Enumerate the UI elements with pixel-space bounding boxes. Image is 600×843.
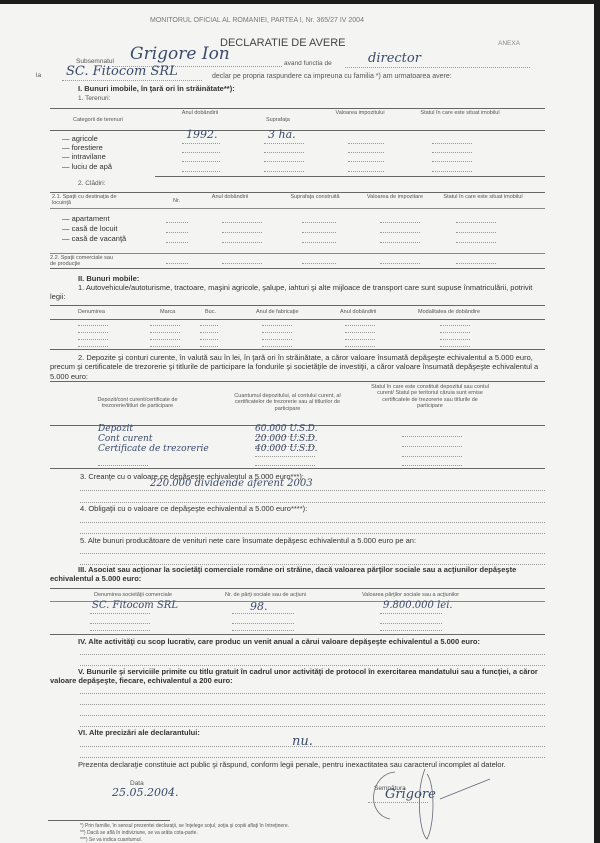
vehicle-cell[interactable] xyxy=(150,332,180,333)
commercial-cell[interactable] xyxy=(380,263,420,264)
function-label: avand functia de xyxy=(284,60,332,67)
building-cell[interactable] xyxy=(456,232,496,233)
land-state-cell[interactable] xyxy=(432,171,472,172)
deposit-amount-value[interactable]: 60.000 U.S.D. xyxy=(255,424,317,434)
other-income-text: 5. Alte bunuri producătoare de venituri … xyxy=(80,536,416,545)
land-year-cell[interactable] xyxy=(182,161,220,162)
vehicles-header-cell: Anul dobândirii xyxy=(340,309,376,315)
building-type-label: — apartament xyxy=(62,214,110,223)
section6-line-2 xyxy=(80,757,545,758)
at-label: la xyxy=(36,72,41,79)
footnote-1: *) Prin familie, în sensul prezentei dec… xyxy=(80,823,289,830)
vehicle-cell[interactable] xyxy=(150,346,180,347)
land-header-category: Categorii de terenuri xyxy=(73,117,123,123)
function-line xyxy=(345,67,530,68)
land-area-cell[interactable] xyxy=(264,161,304,162)
share-cell[interactable] xyxy=(380,613,442,614)
vehicle-cell[interactable] xyxy=(200,332,218,333)
claims-line-2 xyxy=(80,502,545,503)
section4-line-1 xyxy=(80,654,545,655)
other-income-line-1 xyxy=(80,553,545,554)
land-table-top xyxy=(50,108,545,109)
section5-title: V. Bunurile şi serviciile primite cu tit… xyxy=(50,667,544,686)
section4-title: IV. Alte activităţi cu scop lucrativ, ca… xyxy=(50,637,544,646)
share-cell[interactable] xyxy=(90,623,150,624)
buildings-header-rule xyxy=(50,208,545,209)
section2-title: II. Bunuri mobile: xyxy=(78,274,139,283)
land-tax-cell[interactable] xyxy=(348,171,384,172)
deposit-amount-cell[interactable] xyxy=(255,456,315,457)
land-area-value[interactable]: 3 ha. xyxy=(268,128,296,141)
buildings-table-bottom xyxy=(50,268,545,269)
obligations-line-2 xyxy=(80,533,545,534)
deposit-state-cell[interactable] xyxy=(402,456,462,457)
building-cell[interactable] xyxy=(166,232,188,233)
building-cell[interactable] xyxy=(302,232,336,233)
buildings-header-dwelling: 2.1. Spaţii cu destinaţia de locuinţă xyxy=(52,194,122,207)
building-cell[interactable] xyxy=(380,232,420,233)
deposits-table-top xyxy=(50,381,545,382)
buildings-header-year: Anul dobândirii xyxy=(210,194,250,200)
footnotes: *) Prin familie, în sensul prezentei dec… xyxy=(80,823,289,843)
share-cell[interactable] xyxy=(232,623,294,624)
vehicles-header-rule xyxy=(50,319,545,320)
deposit-state-cell[interactable] xyxy=(402,436,462,437)
vehicle-cell[interactable] xyxy=(262,325,292,326)
building-cell[interactable] xyxy=(166,242,188,243)
vehicles-header-cell: Marca xyxy=(160,309,175,315)
buildings-title: 2. Clădiri: xyxy=(78,180,105,187)
footnote-2: **) Dacă se află în indiviziune, se va a… xyxy=(80,830,289,837)
section3-title: III. Asociat sau acţionar la societăţi c… xyxy=(50,565,544,584)
obligations-line-1 xyxy=(80,522,545,523)
shares-header-value: Valoarea părţilor sociale sau a acţiunil… xyxy=(362,592,459,598)
building-cell[interactable] xyxy=(456,222,496,223)
land-tax-cell[interactable] xyxy=(348,152,384,153)
deposit-state-cell[interactable] xyxy=(402,465,462,466)
land-category-label: — luciu de apă xyxy=(62,162,112,171)
building-cell[interactable] xyxy=(166,222,188,223)
share-count-value[interactable]: 98. xyxy=(250,600,268,613)
land-title: 1. Terenuri: xyxy=(78,95,110,102)
buildings-table-top xyxy=(50,192,545,193)
section6-field[interactable]: nu. xyxy=(292,734,313,749)
building-type-label: — casă de vacanţă xyxy=(62,234,126,243)
building-cell[interactable] xyxy=(222,232,262,233)
building-cell[interactable] xyxy=(380,222,420,223)
shares-header-company: Denumirea societăţii comerciale xyxy=(94,592,172,598)
deposit-type-value[interactable]: Certificate de trezorerie xyxy=(98,444,209,454)
vehicle-cell[interactable] xyxy=(262,339,292,340)
buildings-header-nr: Nr. xyxy=(173,198,180,204)
shares-table-bottom xyxy=(50,634,545,635)
vehicle-cell[interactable] xyxy=(345,339,375,340)
deposits-header-state: Statul în care este constituit depozitul… xyxy=(370,384,490,409)
land-area-cell[interactable] xyxy=(264,143,304,144)
section6-title: VI. Alte precizări ale declarantului: xyxy=(78,728,200,737)
land-state-cell[interactable] xyxy=(432,161,472,162)
building-type-label: — casă de locuit xyxy=(62,224,117,233)
annex-label: ANEXA xyxy=(498,40,520,47)
vehicle-cell[interactable] xyxy=(262,346,292,347)
commercial-spaces-label: 2.2. Spaţii comerciale sau de producţie xyxy=(50,255,120,268)
land-header-rule xyxy=(50,130,545,131)
share-cell[interactable] xyxy=(380,630,442,631)
deposit-amount-value[interactable]: 20.000 U.S.D. xyxy=(255,434,317,444)
commercial-cell[interactable] xyxy=(222,263,262,264)
vehicles-header-cell: Buc. xyxy=(205,309,216,315)
share-cell[interactable] xyxy=(90,613,150,614)
vehicle-cell[interactable] xyxy=(440,346,470,347)
land-year-cell[interactable] xyxy=(182,152,220,153)
vehicle-cell[interactable] xyxy=(200,325,218,326)
claims-field[interactable]: 220.000 dividende aferent 2003 xyxy=(150,478,313,489)
land-category-label: — forestiere xyxy=(62,143,103,152)
commercial-cell[interactable] xyxy=(302,263,336,264)
deposit-type-value[interactable]: Cont curent xyxy=(98,434,152,444)
vehicle-cell[interactable] xyxy=(440,332,470,333)
obligations-text: 4. Obligaţii cu o valoare ce depăşeşte e… xyxy=(80,504,307,513)
building-cell[interactable] xyxy=(302,222,336,223)
footnote-rule xyxy=(48,820,170,821)
deposit-amount-cell[interactable] xyxy=(255,465,315,466)
section5-line-1 xyxy=(80,693,545,694)
buildings-header-state: Statul în care este situat imobilul xyxy=(438,194,528,200)
name-field[interactable]: Grigore Ion xyxy=(130,44,230,64)
land-header-area: Suprafaţa xyxy=(266,117,290,123)
buildings-header-area: Suprafaţa construită xyxy=(290,194,340,200)
deposit-type-value[interactable]: Depozit xyxy=(98,424,133,434)
share-cell[interactable] xyxy=(232,630,294,631)
land-area-cell[interactable] xyxy=(264,152,304,153)
date-field[interactable]: 25.05.2004. xyxy=(112,786,178,799)
land-category-label: — intravilane xyxy=(62,152,106,161)
vehicle-cell[interactable] xyxy=(345,332,375,333)
institution-line xyxy=(62,80,202,81)
buildings-divider xyxy=(50,253,545,254)
vehicle-cell[interactable] xyxy=(345,346,375,347)
vehicles-header-cell: Modalitatea de dobândire xyxy=(418,309,480,315)
share-cell[interactable] xyxy=(232,613,294,614)
section5-line-2 xyxy=(80,704,545,705)
shares-header-count: Nr. de părţi sociale sau de acţiuni xyxy=(225,592,306,598)
deposits-text: 2. Depozite şi conturi curente, în valut… xyxy=(50,353,544,381)
vehicles-text: 1. Autovehicule/autoturisme, tractoare, … xyxy=(50,283,544,302)
land-table-bottom xyxy=(155,176,545,177)
land-tax-cell[interactable] xyxy=(348,143,384,144)
land-year-value[interactable]: 1992. xyxy=(186,128,218,141)
vehicle-cell[interactable] xyxy=(78,325,108,326)
share-cell[interactable] xyxy=(380,623,442,624)
commercial-cell[interactable] xyxy=(456,263,496,264)
deposit-state-cell[interactable] xyxy=(402,446,462,447)
building-cell[interactable] xyxy=(380,242,420,243)
vehicle-cell[interactable] xyxy=(78,332,108,333)
declaration-page: MONITORUL OFICIAL AL ROMANIEI, PARTEA I,… xyxy=(0,4,594,843)
land-state-cell[interactable] xyxy=(432,143,472,144)
section5-line-3 xyxy=(80,715,545,716)
gazette-header: MONITORUL OFICIAL AL ROMANIEI, PARTEA I,… xyxy=(150,17,364,24)
land-header-tax: Valoarea impozitului xyxy=(330,110,390,116)
document-title: DECLARATIE DE AVERE xyxy=(220,37,346,49)
section5-line-4 xyxy=(80,726,545,727)
footnote-3: ***) Se va indica cuantumul. xyxy=(80,837,289,843)
land-state-cell[interactable] xyxy=(432,152,472,153)
buildings-header-tax: Valoarea de impozitare xyxy=(365,194,425,200)
vehicles-table-top xyxy=(50,305,545,306)
vehicle-cell[interactable] xyxy=(345,325,375,326)
institution-field[interactable]: SC. Fitocom SRL xyxy=(66,64,178,79)
share-cell[interactable] xyxy=(90,630,150,631)
shares-table-top xyxy=(50,588,545,589)
claims-line-1 xyxy=(80,490,545,491)
land-header-year: Anul dobândirii xyxy=(180,110,220,116)
building-cell[interactable] xyxy=(302,242,336,243)
vehicles-header-cell: Anul de fabricaţie xyxy=(256,309,299,315)
vehicles-table-bottom xyxy=(50,349,545,350)
deposits-header-amount: Cuantumul depozitului, al contului curen… xyxy=(230,393,345,412)
land-year-cell[interactable] xyxy=(182,171,220,172)
vehicle-cell[interactable] xyxy=(262,332,292,333)
function-field[interactable]: director xyxy=(368,51,421,66)
deposits-table-bottom xyxy=(50,468,545,469)
vehicle-cell[interactable] xyxy=(200,339,218,340)
share-company-value[interactable]: SC. Fitocom SRL xyxy=(92,600,178,611)
deposit-amount-value[interactable]: 40.000 U.S.D. xyxy=(255,444,317,454)
vehicle-cell[interactable] xyxy=(440,339,470,340)
vehicle-cell[interactable] xyxy=(150,339,180,340)
building-cell[interactable] xyxy=(456,242,496,243)
land-header-state: Statul în care este situat imobilul xyxy=(415,110,505,116)
land-area-cell[interactable] xyxy=(264,171,304,172)
vehicle-cell[interactable] xyxy=(200,346,218,347)
deposit-type-cell[interactable] xyxy=(98,465,148,466)
land-tax-cell[interactable] xyxy=(348,161,384,162)
land-category-label: — agricole xyxy=(62,134,98,143)
land-year-cell[interactable] xyxy=(182,143,220,144)
deposits-header-type: Depozit/cont curent/certificate de trezo… xyxy=(80,397,195,410)
vehicles-header-cell: Denumirea xyxy=(78,309,105,315)
building-cell[interactable] xyxy=(222,222,262,223)
section4-line-2 xyxy=(80,665,545,666)
declaration-text: declar pe propria raspundere ca impreuna… xyxy=(212,73,452,80)
building-cell[interactable] xyxy=(222,242,262,243)
vehicle-cell[interactable] xyxy=(78,346,108,347)
commercial-cell[interactable] xyxy=(166,263,188,264)
share-value-value[interactable]: 9.800.000 lei. xyxy=(383,600,453,611)
signature-flourish-icon xyxy=(365,764,495,843)
section1-title: I. Bunuri imobile, în ţară ori în străin… xyxy=(78,84,235,93)
vehicle-cell[interactable] xyxy=(440,325,470,326)
vehicle-cell[interactable] xyxy=(150,325,180,326)
vehicle-cell[interactable] xyxy=(78,339,108,340)
